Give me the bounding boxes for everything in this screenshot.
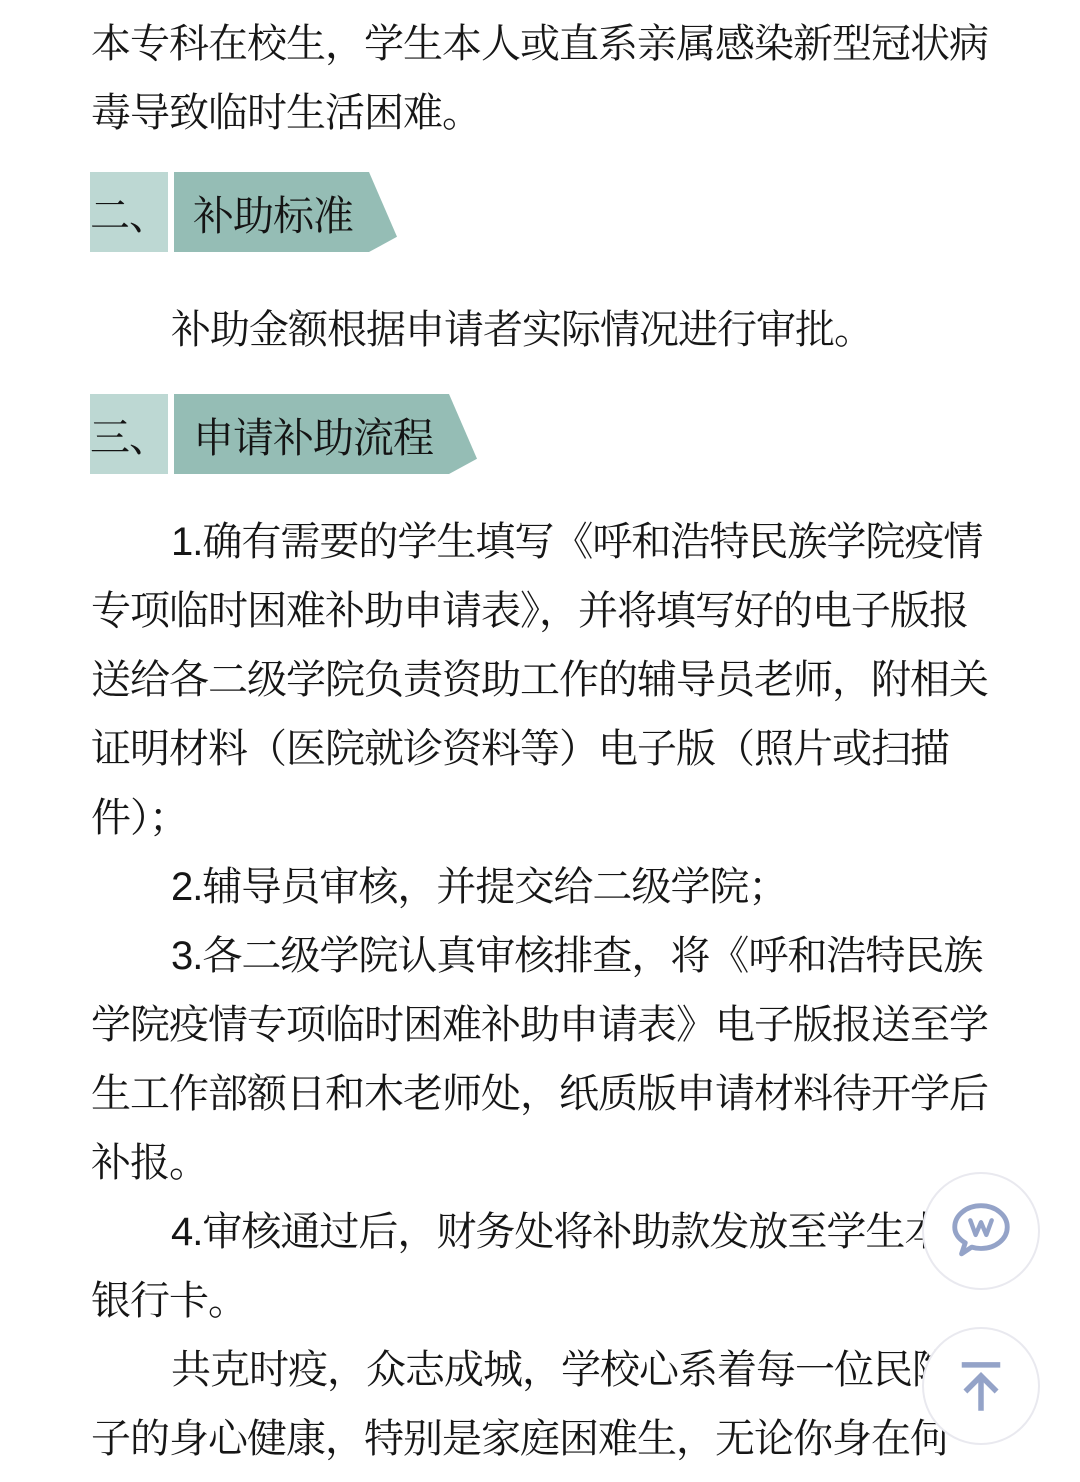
paragraph-line: 生工作部额日和木老师处，纸质版申请材料待开学后 — [91, 1060, 991, 1129]
section-title-banner: 申请补助流程 — [174, 394, 477, 474]
paragraph-line: 1.确有需要的学生填写《呼和浩特民族学院疫情 — [91, 508, 991, 577]
article-body: 本专科在校生，学生本人或直系亲属感染新型冠状病毒导致临时生活困难。二、补助标准补… — [0, 10, 1080, 1474]
section-heading: 二、补助标准 — [90, 172, 991, 252]
paragraph-line: 证明材料（医院就诊资料等）电子版（照片或扫描 — [91, 715, 991, 784]
paragraph-line: 子的身心健康，特别是家庭困难生，无论你身在何 — [91, 1405, 991, 1474]
paragraph-line: 专项临时困难补助申请表》，并将填写好的电子版报 — [91, 577, 991, 646]
wow-button[interactable] — [922, 1172, 1040, 1290]
section-number-badge: 三、 — [90, 394, 168, 474]
paragraph: 补助金额根据申请者实际情况进行审批。 — [91, 296, 991, 365]
paragraph-line: 3.各二级学院认真审核排查，将《呼和浩特民族 — [91, 922, 991, 991]
paragraph-line: 补助金额根据申请者实际情况进行审批。 — [91, 296, 991, 365]
paragraph-line: 学院疫情专项临时困难补助申请表》电子版报送至学 — [91, 991, 991, 1060]
wow-speech-bubble-w-icon — [946, 1196, 1016, 1266]
paragraph-line: 银行卡。 — [91, 1267, 991, 1336]
paragraph-line: 送给各二级学院负责资助工作的辅导员老师，附相关 — [91, 646, 991, 715]
paragraph-line: 毒导致临时生活困难。 — [91, 79, 991, 148]
section-number-badge: 二、 — [90, 172, 168, 252]
paragraph: 本专科在校生，学生本人或直系亲属感染新型冠状病毒导致临时生活困难。 — [91, 10, 991, 148]
paragraph-line: 共克时疫，众志成城，学校心系着每一位民院学 — [91, 1336, 991, 1405]
back-to-top-button[interactable] — [922, 1327, 1040, 1445]
paragraph: 2.辅导员审核，并提交给二级学院； — [91, 853, 991, 922]
paragraph-line: 补报。 — [91, 1129, 991, 1198]
paragraph: 共克时疫，众志成城，学校心系着每一位民院学子的身心健康，特别是家庭困难生，无论你… — [91, 1336, 991, 1474]
paragraph: 3.各二级学院认真审核排查，将《呼和浩特民族学院疫情专项临时困难补助申请表》电子… — [91, 922, 991, 1198]
paragraph: 1.确有需要的学生填写《呼和浩特民族学院疫情专项临时困难补助申请表》，并将填写好… — [91, 508, 991, 853]
section-title-banner: 补助标准 — [174, 172, 397, 252]
section-heading: 三、申请补助流程 — [90, 394, 991, 474]
back-to-top-arrow-icon — [948, 1353, 1014, 1419]
paragraph-line: 4.审核通过后，财务处将补助款发放至学生本人 — [91, 1198, 991, 1267]
paragraph-line: 件）； — [91, 784, 991, 853]
paragraph-line: 2.辅导员审核，并提交给二级学院； — [91, 853, 991, 922]
paragraph: 4.审核通过后，财务处将补助款发放至学生本人银行卡。 — [91, 1198, 991, 1336]
paragraph-line: 本专科在校生，学生本人或直系亲属感染新型冠状病 — [91, 10, 991, 79]
